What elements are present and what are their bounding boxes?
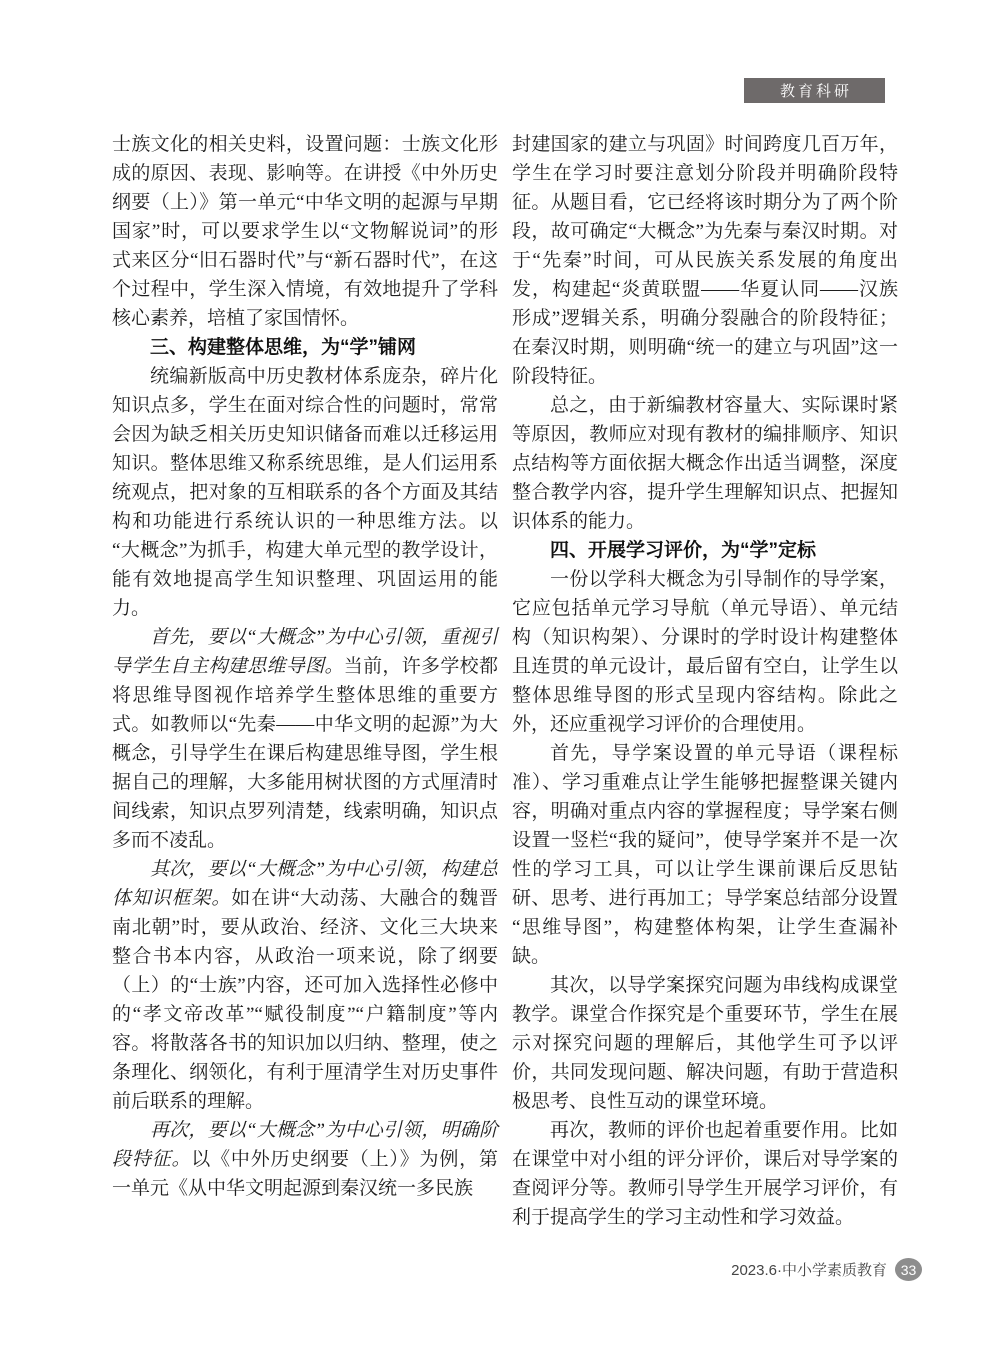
section-badge: 教育科研 [744,78,885,103]
paragraph-continuation: 士族文化的相关史料，设置问题：士族文化形成的原因、表现、影响等。在讲授《中外历史… [112,130,498,333]
page-number-badge: 33 [895,1258,922,1281]
journal-issue-title: 2023.6·中小学素质教育 [731,1259,887,1280]
section-heading-4: 四、开展学习评价，为“学”定标 [512,536,898,565]
paragraph: 其次，要以“大概念”为中心引领，构建总体知识框架。如在讲“大动荡、大融合的魏晋南… [112,855,498,1116]
section-heading-3: 三、构建整体思维，为“学”铺网 [112,333,498,362]
journal-page: 教育科研 士族文化的相关史料，设置问题：士族文化形成的原因、表现、影响等。在讲授… [0,0,992,1346]
paragraph: 一份以学科大概念为引导制作的导学案，它应包括单元学习导航（单元导语）、单元结构（… [512,565,898,739]
paragraph: 统编新版高中历史教材体系庞杂，碎片化知识点多，学生在面对综合性的问题时，常常会因… [112,362,498,623]
paragraph: 首先，要以“大概念”为中心引领，重视引导学生自主构建思维导图。当前，许多学校都将… [112,623,498,855]
article-body: 士族文化的相关史料，设置问题：士族文化形成的原因、表现、影响等。在讲授《中外历史… [112,130,898,1232]
paragraph: 其次，以导学案探究问题为串线构成课堂教学。课堂合作探究是个重要环节，学生在展示对… [512,971,898,1116]
paragraph: 总之，由于新编教材容量大、实际课时紧等原因，教师应对现有教材的编排顺序、知识点结… [512,391,898,536]
paragraph: 再次，教师的评价也起着重要作用。比如在课堂中对小组的评分评价，课后对导学案的查阅… [512,1116,898,1232]
right-column: 封建国家的建立与巩固》时间跨度几百万年，学生在学习时要注意划分阶段并明确阶段特征… [512,130,898,1232]
left-column: 士族文化的相关史料，设置问题：士族文化形成的原因、表现、影响等。在讲授《中外历史… [112,130,498,1232]
paragraph: 首先，导学案设置的单元导语（课程标准）、学习重难点让学生能够把握整课关键内容，明… [512,739,898,971]
page-footer: 2023.6·中小学素质教育 33 [731,1258,922,1281]
paragraph-rest: 当前，许多学校都将思维导图视作培养学生整体思维的重要方式。如教师以“先秦——中华… [112,656,498,851]
paragraph-rest: 如在讲“大动荡、大融合的魏晋南北朝”时，要从政治、经济、文化三大块来整合书本内容… [112,888,498,1112]
paragraph: 再次，要以“大概念”为中心引领，明确阶段特征。以《中外历史纲要（上）》为例，第一… [112,1116,498,1203]
paragraph-continuation: 封建国家的建立与巩固》时间跨度几百万年，学生在学习时要注意划分阶段并明确阶段特征… [512,130,898,391]
